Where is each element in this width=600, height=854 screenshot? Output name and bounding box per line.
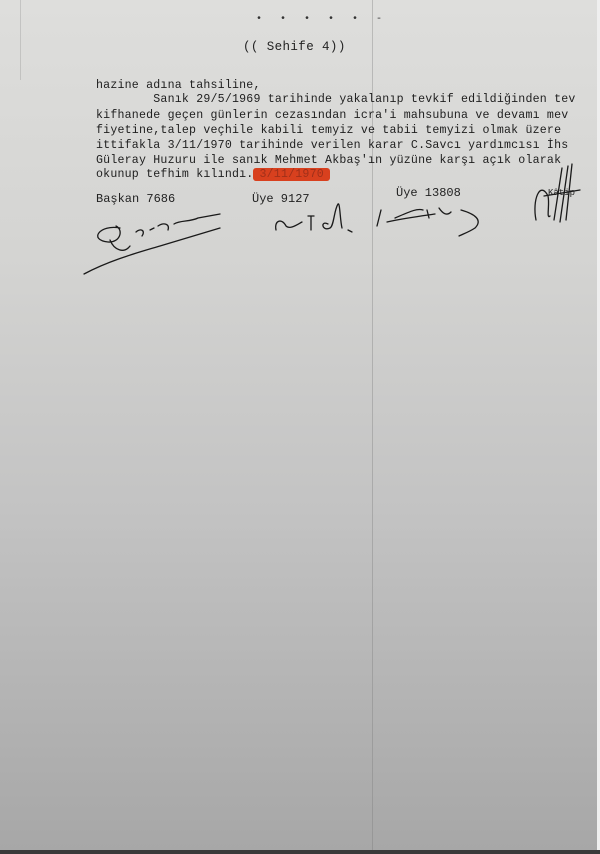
- highlighted-date: 3/11/1970: [253, 168, 329, 181]
- text-line: hazine adına tahsiline,: [96, 79, 261, 92]
- text-line: Güleray Huzuru ile sanık Mehmet Akbaş'ın…: [96, 154, 561, 167]
- signature-baskan: [80, 210, 240, 280]
- signature-katip: [530, 160, 590, 230]
- signature-uye-2: [365, 196, 495, 241]
- text-line: kifhanede geçen günlerin cezasından icra…: [96, 109, 568, 122]
- text-line: ittifakla 3/11/1970 tarihinde verilen ka…: [96, 139, 568, 152]
- text-line-last: okunup tefhim kılındı.3/11/1970: [96, 168, 330, 181]
- bottom-edge: [0, 850, 600, 854]
- text-line: fiyetine,talep veçhile kabili temyiz ve …: [96, 124, 561, 137]
- signatory-label-baskan: Başkan 7686: [96, 192, 175, 206]
- header-dots: • • • • • -: [256, 14, 388, 25]
- fold-mark: [20, 0, 21, 80]
- page-marker: (( Sehife 4)): [243, 40, 346, 54]
- text-line: Sanık 29/5/1969 tarihinde yakalanıp tevk…: [96, 93, 576, 106]
- text-line: okunup tefhim kılındı.: [96, 168, 253, 181]
